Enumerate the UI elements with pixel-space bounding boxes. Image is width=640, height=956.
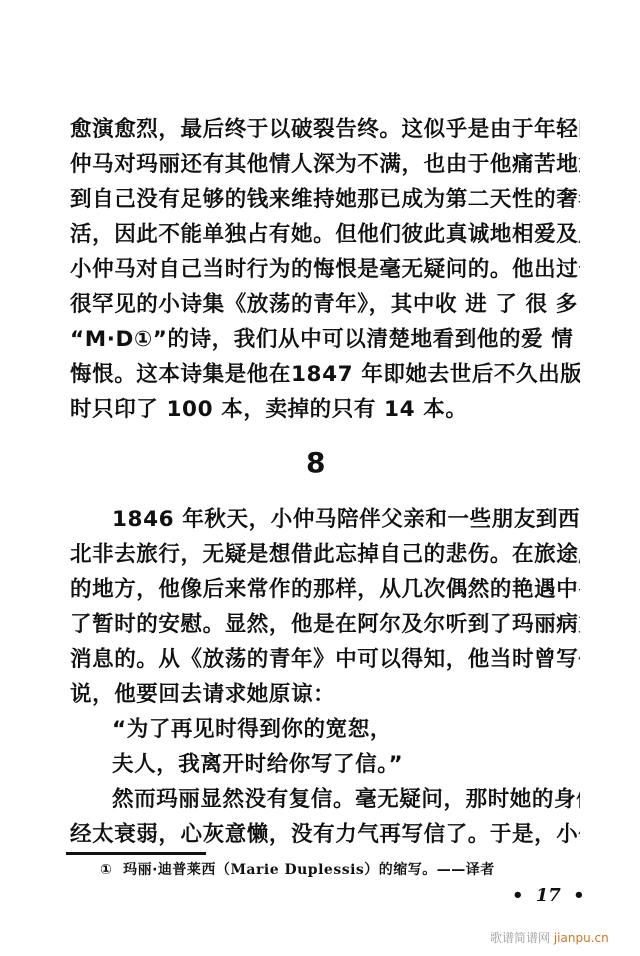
text-line: 了暂时的安慰。显然，他是在阿尔及尔听到了玛丽病重的 <box>70 611 580 639</box>
watermark-domain: jianpu.cn <box>554 931 609 945</box>
text-line: 时只印了 100 本，卖掉的只有 14 本。 <box>70 396 580 424</box>
poem-line: “为了再见时得到你的宽恕， <box>112 716 580 744</box>
text-line: 说，他要回去请求她原谅： <box>70 681 580 709</box>
footnote-text: ）的缩写。——译者 <box>364 862 495 878</box>
text-line: 消息的。从《放荡的青年》中可以得知，他当时曾写信给她 <box>70 646 580 674</box>
text-line: 到自己没有足够的钱来维持她那已成为第二天性的奢华生 <box>70 186 580 214</box>
page-number: • 17 • <box>512 884 585 908</box>
text-line: 活，因此不能单独占有她。但他们彼此真诚地相爱及后来 <box>70 221 580 249</box>
footnote-text: 玛丽·迪普莱西（ <box>123 862 230 878</box>
text-line: 仲马对玛丽还有其他情人深为不满，也由于他痛苦地意识 <box>70 151 580 179</box>
watermark: 歌谱简谱网 jianpu.cn <box>490 930 609 946</box>
text-line: 的地方，他像后来常作的那样，从几次偶然的艳遇中寻得 <box>70 576 580 604</box>
book-page: 愈演愈烈，最后终于以破裂告终。这似乎是由于年轻的小 仲马对玛丽还有其他情人深为不… <box>0 0 640 956</box>
text-line: 小仲马对自己当时行为的悔恨是毫无疑问的。他出过一本 <box>70 256 580 284</box>
text-line: 悔恨。这本诗集是他在1847 年即她去世后不久出版的。当 <box>70 361 580 389</box>
text-line: 1846 年秋天，小仲马陪伴父亲和一些朋友到西班牙和 <box>112 506 580 534</box>
text-line: 很罕见的小诗集《放荡的青年》，其中收 进 了 很 多 献 给 <box>70 291 580 319</box>
text-line: “M·D①”的诗，我们从中可以清楚地看到他的爱 情 和 <box>70 326 580 354</box>
footnote-latin-name: Marie Duplessis <box>230 862 364 878</box>
footnote-marker: ① <box>100 862 112 878</box>
footnote-divider <box>66 852 206 855</box>
poem-line: 夫人，我离开时给你写了信。” <box>112 751 580 779</box>
text-line: 北非去旅行，无疑是想借此忘掉自己的悲伤。在旅途所经 <box>70 541 580 569</box>
text-line: 然而玛丽显然没有复信。毫无疑问，那时她的身体已 <box>112 786 580 814</box>
watermark-text: 歌谱简谱网 <box>490 931 550 945</box>
text-line: 愈演愈烈，最后终于以破裂告终。这似乎是由于年轻的小 <box>70 116 580 144</box>
footnote: ① 玛丽·迪普莱西（Marie Duplessis）的缩写。——译者 <box>100 860 495 880</box>
section-number-heading: 8 <box>306 446 325 480</box>
text-line: 经太衰弱，心灰意懒，没有力气再写信了。于是，小仲马 <box>70 821 580 849</box>
